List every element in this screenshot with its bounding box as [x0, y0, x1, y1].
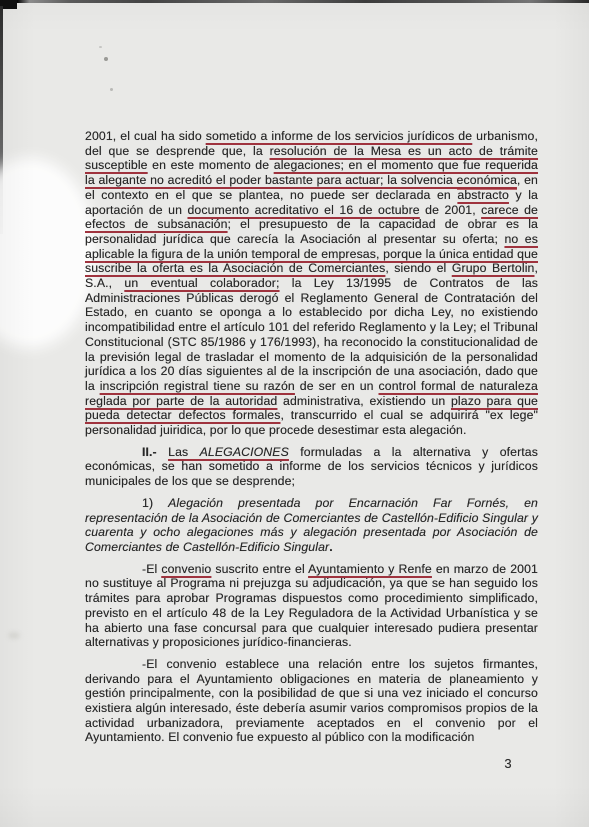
text-segment: de 2001,: [420, 203, 481, 217]
text-segment: administrativa, existiendo un: [277, 394, 451, 408]
scan-artifact-smudge: [8, 632, 20, 639]
text-segment: 1): [142, 496, 168, 510]
text-segment: -El convenio establece una relación entr…: [85, 657, 538, 745]
text-segment: la Ley 13/1995 de Contratos de las Admin…: [85, 276, 538, 393]
text-segment: II.-: [142, 445, 157, 459]
scan-artifact-speck: [110, 88, 113, 91]
paragraph-alegacion-1: 1) Alegación presentada por Encarnación …: [85, 496, 538, 555]
scan-artifact-top-edge: [0, 0, 589, 3]
red-underlined-text: inscripción registral tiene su razón: [100, 379, 295, 393]
text-segment: 2001, el cual ha sido: [85, 129, 206, 143]
scan-artifact-speck: [99, 46, 102, 48]
document-body: 2001, el cual ha sido sometido a informe…: [85, 129, 538, 752]
red-underlined-text: un eventual colaborador;: [124, 276, 279, 290]
text-segment: -El: [142, 562, 161, 576]
paragraph-legal-report: 2001, el cual ha sido sometido a informe…: [85, 129, 538, 438]
paragraph-convenio-renfe: -El convenio suscrito entre el Ayuntamie…: [85, 562, 538, 650]
paragraph-alegaciones-heading: II.- Las ALEGACIONES formuladas a la alt…: [85, 445, 538, 489]
text-segment: de ser en un: [295, 379, 379, 393]
red-underlined-text: convenio: [161, 562, 211, 576]
red-underlined-text: Ayuntamiento y Renfe: [308, 562, 432, 576]
red-underlined-text: documento acreditativo el 16 de octubre: [187, 203, 419, 217]
text-segment: en este momento de: [148, 158, 274, 172]
scanned-document-page: 2001, el cual ha sido sometido a informe…: [0, 0, 589, 827]
text-segment: [157, 445, 168, 459]
red-underlined-text: Las: [168, 445, 200, 459]
text-segment: suscrito entre el: [211, 562, 308, 576]
red-underlined-text: sometido a informe de los servicios jurí…: [206, 129, 472, 143]
page-number: 3: [498, 756, 518, 771]
text-segment: , siendo el: [385, 261, 452, 275]
scan-artifact-white-blob: [0, 158, 97, 348]
scan-artifact-speck: [104, 57, 108, 61]
red-underlined-text: abstracto: [457, 188, 508, 202]
red-underlined-text: Grupo Bertolin: [452, 261, 535, 275]
paragraph-convenio-relacion: -El convenio establece una relación entr…: [85, 657, 538, 745]
red-underlined-text: ALEGACIONES: [200, 445, 289, 459]
text-segment: .: [329, 540, 333, 554]
